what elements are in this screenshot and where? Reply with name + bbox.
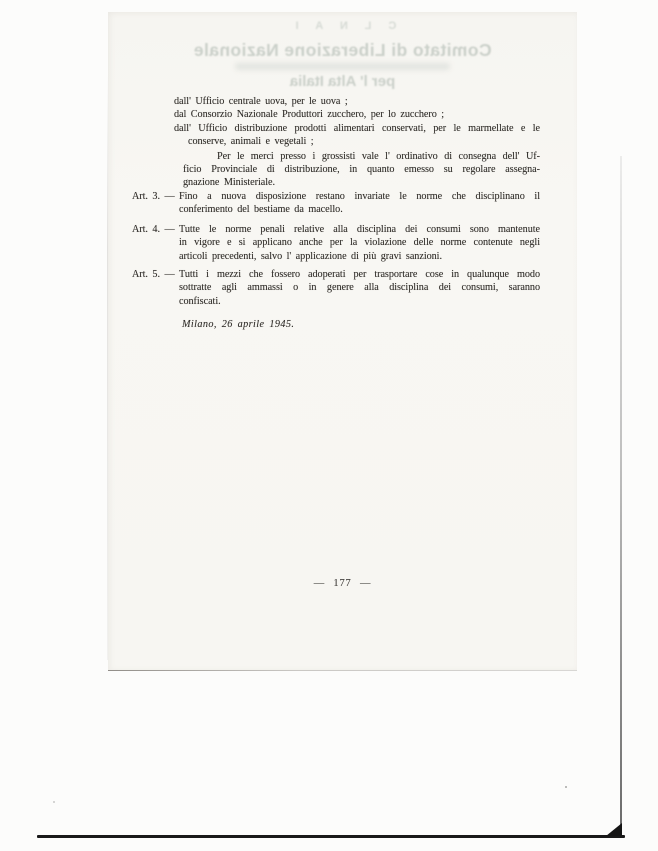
dateline: Milano, 26 aprile 1945.	[132, 318, 540, 331]
text-line: dall' Ufficio distribuzione prodotti ali…	[132, 122, 540, 135]
scan-speck	[565, 786, 567, 788]
text-line: confiscati.	[132, 295, 540, 308]
text-line: conferimento del bestiame da macello.	[132, 203, 540, 216]
bleedthrough-clnai-heading: C L N A I	[108, 20, 577, 32]
text-line: ficio Provinciale di distribuzione, in q…	[132, 163, 540, 176]
article-3: Art. 3. — Fino a nuova disposizione rest…	[132, 190, 540, 217]
text-line: dall' Ufficio centrale uova, per le uova…	[132, 95, 540, 108]
text-line: gnazione Ministeriale.	[132, 176, 540, 189]
scan-speck	[53, 801, 55, 803]
text-line: Tutte le norme penali relative alla disc…	[132, 223, 540, 236]
article-5: Art. 5. — Tutti i mezzi che fossero adop…	[132, 268, 540, 308]
article-4: Art. 4. — Tutte le norme penali relative…	[132, 223, 540, 263]
text-line: Tutti i mezzi che fossero adoperati per …	[132, 268, 540, 281]
page-edge-bottom-line	[37, 835, 625, 838]
article-label: Art. 3. —	[132, 190, 175, 203]
bleedthrough-text: C L N A I Comitato di Liberazione Nazion…	[108, 20, 577, 90]
text-line: Fino a nuova disposizione restano invari…	[132, 190, 540, 203]
text-line: Per le merci presso i grossisti vale l' …	[132, 150, 540, 163]
text-line: conserve, animali e vegetali ;	[132, 135, 540, 148]
text-line: dal Consorzio Nazionale Produttori zucch…	[132, 108, 540, 121]
bleedthrough-alta-italia: per l' Alta Italia	[108, 73, 577, 90]
per-merci-paragraph: Per le merci presso i grossisti vale l' …	[132, 150, 540, 190]
scanned-page: C L N A I Comitato di Liberazione Nazion…	[108, 12, 577, 670]
text-line: in vigore e si applicano anche per la vi…	[132, 236, 540, 249]
text-line: articoli precedenti, salvo l' applicazio…	[132, 250, 540, 263]
bleedthrough-comitato-title: Comitato di Liberazione Nazionale	[108, 40, 577, 61]
page-corner-mark	[606, 823, 622, 836]
article-label: Art. 5. —	[132, 268, 175, 281]
text-line: sottratte agli ammassi o in genere alla …	[132, 281, 540, 294]
bleedthrough-smudge	[235, 63, 450, 70]
page-edge-vertical-line	[620, 156, 622, 836]
article-label: Art. 4. —	[132, 223, 175, 236]
document-text: dall' Ufficio centrale uova, per le uova…	[132, 95, 540, 331]
office-list: dall' Ufficio centrale uova, per le uova…	[132, 95, 540, 148]
page-number: — 177 —	[108, 578, 577, 589]
